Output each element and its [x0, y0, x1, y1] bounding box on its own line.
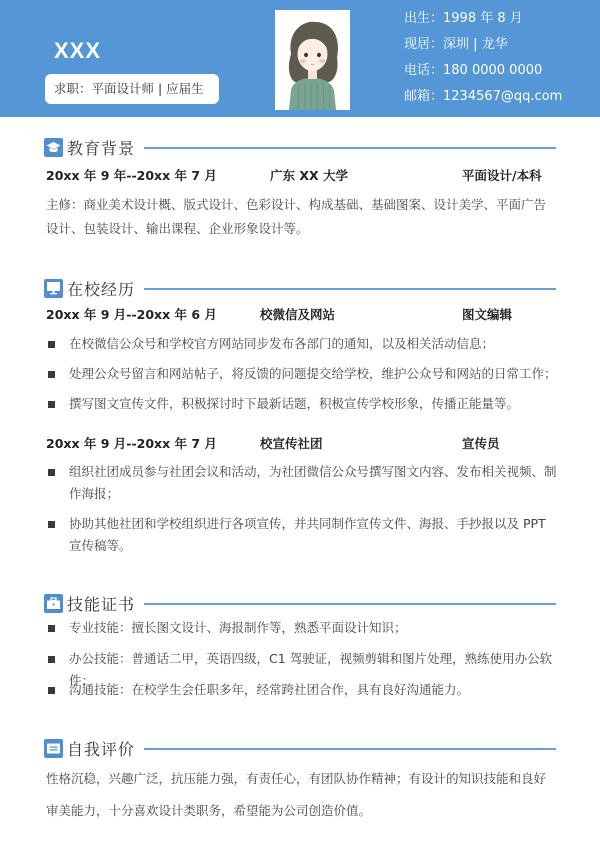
education-period: 20xx 年 9 年--20xx 年 7 月	[46, 166, 217, 184]
bullet-square-icon	[48, 371, 55, 378]
bullet-square-icon	[48, 625, 55, 632]
list-item: 专业技能：擅长图文设计、海报制作等，熟悉平面设计知识；	[46, 617, 558, 639]
list-item: 处理公众号留言和网站帖子，将反馈的问题提交给学校，维护公众号和网站的日常工作；	[46, 363, 558, 385]
bullet-square-icon	[48, 656, 55, 663]
contact-info: 出生：1998 年 8 月 现居：深圳 | 龙华 电话：180 0000 000…	[404, 10, 562, 114]
job-objective-badge: 求职：平面设计师 | 应届生	[45, 74, 219, 104]
section-title: 技能证书	[67, 592, 135, 615]
section-title: 自我评价	[67, 737, 135, 760]
section-self-eval-header: 自我评价	[44, 737, 556, 759]
contact-phone: 电话：180 0000 0000	[404, 62, 562, 88]
self-evaluation-text: 性格沉稳，兴趣广泛，抗压能力强，有责任心，有团队协作精神；有设计的知识技能和良好…	[46, 763, 558, 827]
experience-role: 图文编辑	[462, 305, 512, 323]
section-skills-header: 技能证书	[44, 592, 556, 614]
bullet-square-icon	[48, 341, 55, 348]
list-item: 协助其他社团和学校组织进行各项宣传，并共同制作宣传文件、海报、手抄报以及 PPT…	[46, 513, 558, 557]
list-item: 撰写图文宣传文件，积极探讨时下最新话题，积极宣传学校形象，传播正能量等。	[46, 393, 558, 415]
list-item: 沟通技能：在校学生会任职多年，经常跨社团合作，具有良好沟通能力。	[46, 679, 558, 701]
avatar-illustration-icon	[275, 10, 350, 110]
experience-period: 20xx 年 9 月--20xx 年 6 月	[46, 305, 217, 323]
section-divider	[144, 603, 556, 605]
resume-header: XXX 求职：平面设计师 | 应届生	[0, 0, 600, 117]
experience-period: 20xx 年 9 月--20xx 年 7 月	[46, 434, 217, 452]
bullet-square-icon	[48, 401, 55, 408]
education-major: 平面设计/本科	[462, 166, 542, 184]
section-divider	[144, 288, 556, 290]
experience-role: 宣传员	[462, 434, 500, 452]
education-entry: 20xx 年 9 年--20xx 年 7 月 广东 XX 大学 平面设计/本科	[46, 166, 556, 186]
education-school: 广东 XX 大学	[270, 166, 348, 184]
experience-entry: 20xx 年 9 月--20xx 年 6 月 校微信及网站 图文编辑	[46, 305, 556, 325]
graduation-cap-icon	[44, 138, 63, 157]
contact-birth: 出生：1998 年 8 月	[404, 10, 562, 36]
contact-email: 邮箱：1234567@qq.com	[404, 88, 562, 114]
section-divider	[144, 147, 556, 149]
experience-org: 校微信及网站	[260, 305, 335, 323]
candidate-name: XXX	[54, 38, 101, 64]
bullet-square-icon	[48, 469, 55, 476]
list-item: 在校微信公众号和学校官方网站同步发布各部门的通知，以及相关活动信息；	[46, 333, 558, 355]
section-divider	[144, 748, 556, 750]
chat-message-icon	[44, 739, 63, 758]
experience-entry: 20xx 年 9 月--20xx 年 7 月 校宣传社团 宣传员	[46, 434, 556, 454]
experience-org: 校宣传社团	[260, 434, 323, 452]
list-item: 组织社团成员参与社团会议和活动，为社团微信公众号撰写图文内容、发布相关视频、制作…	[46, 461, 558, 505]
section-title: 在校经历	[67, 277, 135, 300]
section-education-header: 教育背景	[44, 136, 556, 158]
bullet-square-icon	[48, 687, 55, 694]
monitor-icon	[44, 279, 63, 298]
education-courses: 主修：商业美术设计概、版式设计、色彩设计、构成基础、基础图案、设计美学、平面广告…	[46, 193, 558, 241]
contact-location: 现居：深圳 | 龙华	[404, 36, 562, 62]
bullet-square-icon	[48, 521, 55, 528]
profile-photo	[275, 10, 350, 110]
briefcase-icon	[44, 594, 63, 613]
section-campus-header: 在校经历	[44, 277, 556, 299]
section-title: 教育背景	[67, 136, 135, 159]
